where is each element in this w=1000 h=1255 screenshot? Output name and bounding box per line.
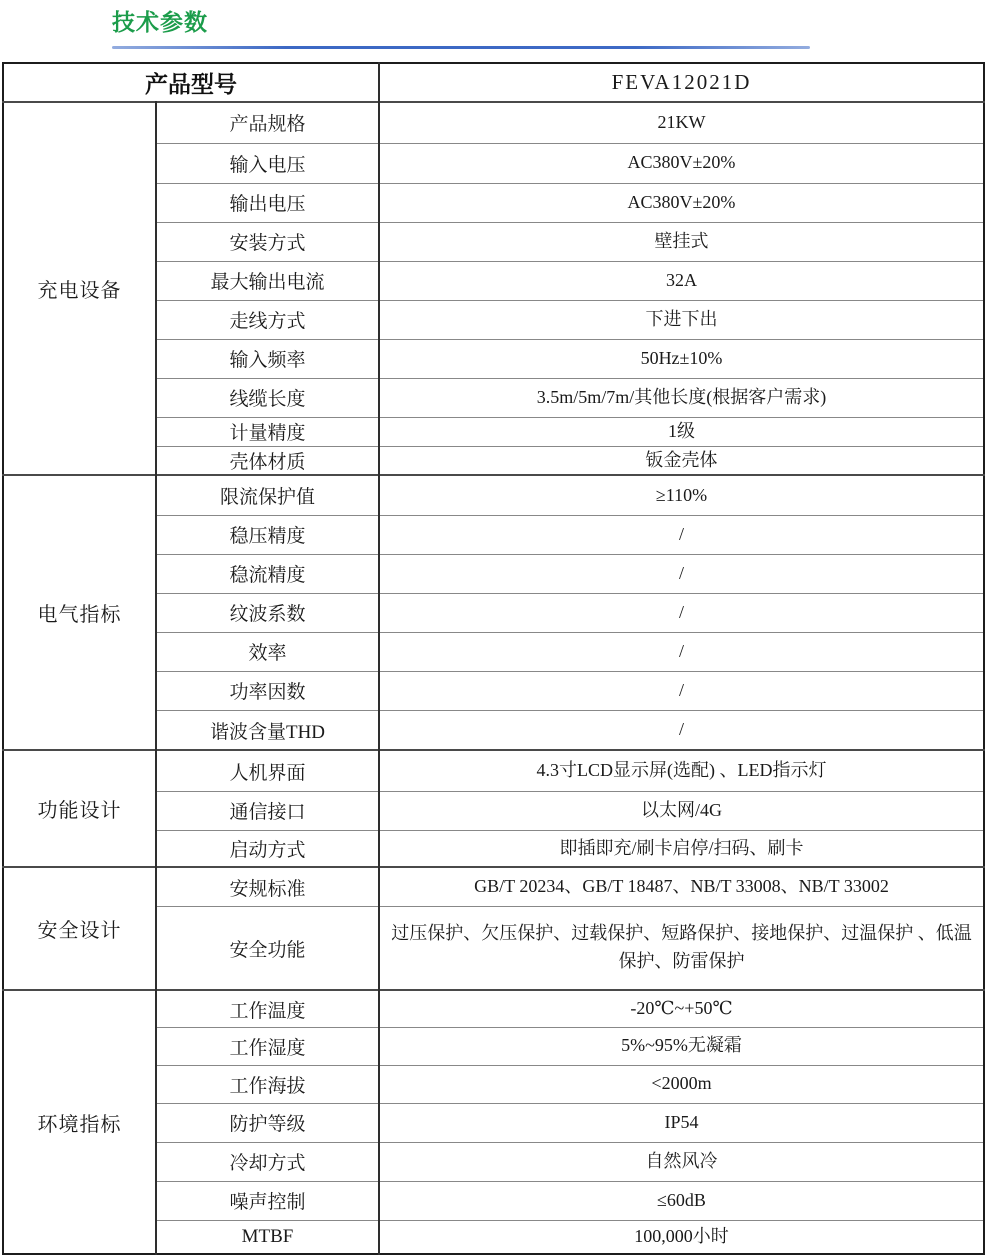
param-value: 自然风冷: [379, 1142, 984, 1181]
param-value: -20℃~+50℃: [379, 990, 984, 1027]
param-label: 稳压精度: [156, 515, 379, 554]
param-label: 工作湿度: [156, 1027, 379, 1065]
param-value: /: [379, 515, 984, 554]
group-cell: 电气指标: [3, 475, 156, 750]
param-value: /: [379, 632, 984, 671]
page-title: 技术参数: [112, 7, 812, 37]
param-value: 过压保护、欠压保护、过载保护、短路保护、接地保护、过温保护 、低温保护、防雷保护: [379, 906, 984, 990]
param-value: 下进下出: [379, 300, 984, 339]
param-value: 32A: [379, 261, 984, 300]
param-value: ≥110%: [379, 475, 984, 515]
spec-table-body: 产品型号 FEVA12021D 充电设备产品规格21KW输入电压AC380V±2…: [3, 63, 984, 1254]
param-label: 输出电压: [156, 183, 379, 222]
product-model-value: FEVA12021D: [379, 63, 984, 102]
param-label: 冷却方式: [156, 1142, 379, 1181]
param-label: 效率: [156, 632, 379, 671]
param-label: 最大输出电流: [156, 261, 379, 300]
param-label: 工作海拔: [156, 1065, 379, 1103]
param-value: 即插即充/刷卡启停/扫码、刷卡: [379, 830, 984, 867]
param-value: 1级: [379, 417, 984, 446]
param-value: 100,000小时: [379, 1220, 984, 1254]
param-label: 纹波系数: [156, 593, 379, 632]
param-label: 防护等级: [156, 1103, 379, 1142]
param-label: 噪声控制: [156, 1181, 379, 1220]
param-value: 50Hz±10%: [379, 339, 984, 378]
param-value: /: [379, 593, 984, 632]
page: 技术参数 产品型号 FEVA12021D 充电设备产品规格21KW输入电压AC3…: [0, 0, 1000, 1255]
header-row: 产品型号 FEVA12021D: [3, 63, 984, 102]
param-label: 壳体材质: [156, 446, 379, 475]
param-value: /: [379, 710, 984, 750]
param-label: 安装方式: [156, 222, 379, 261]
param-value: 4.3寸LCD显示屏(选配) 、LED指示灯: [379, 750, 984, 791]
param-value: 壁挂式: [379, 222, 984, 261]
param-label: 输入频率: [156, 339, 379, 378]
param-value: GB/T 20234、GB/T 18487、NB/T 33008、NB/T 33…: [379, 867, 984, 906]
param-label: 输入电压: [156, 143, 379, 183]
table-row: 电气指标限流保护值≥110%: [3, 475, 984, 515]
group-cell: 充电设备: [3, 102, 156, 475]
table-row: 功能设计人机界面4.3寸LCD显示屏(选配) 、LED指示灯: [3, 750, 984, 791]
param-value: /: [379, 671, 984, 710]
param-value: <2000m: [379, 1065, 984, 1103]
group-cell: 功能设计: [3, 750, 156, 867]
group-cell: 环境指标: [3, 990, 156, 1254]
param-label: MTBF: [156, 1220, 379, 1254]
spec-table: 产品型号 FEVA12021D 充电设备产品规格21KW输入电压AC380V±2…: [2, 62, 985, 1255]
table-row: 充电设备产品规格21KW: [3, 102, 984, 143]
param-label: 线缆长度: [156, 378, 379, 417]
param-value: IP54: [379, 1103, 984, 1142]
param-label: 启动方式: [156, 830, 379, 867]
table-row: 环境指标工作温度-20℃~+50℃: [3, 990, 984, 1027]
param-label: 产品规格: [156, 102, 379, 143]
title-underline: [112, 46, 810, 49]
product-model-label: 产品型号: [3, 63, 379, 102]
param-label: 稳流精度: [156, 554, 379, 593]
param-label: 限流保护值: [156, 475, 379, 515]
param-label: 走线方式: [156, 300, 379, 339]
param-value: 21KW: [379, 102, 984, 143]
param-value: /: [379, 554, 984, 593]
param-label: 人机界面: [156, 750, 379, 791]
param-value: 5%~95%无凝霜: [379, 1027, 984, 1065]
param-value: 3.5m/5m/7m/其他长度(根据客户需求): [379, 378, 984, 417]
param-label: 通信接口: [156, 791, 379, 830]
table-row: 安全设计安规标准GB/T 20234、GB/T 18487、NB/T 33008…: [3, 867, 984, 906]
param-label: 安规标准: [156, 867, 379, 906]
param-value: AC380V±20%: [379, 183, 984, 222]
param-label: 谐波含量THD: [156, 710, 379, 750]
param-value: AC380V±20%: [379, 143, 984, 183]
param-label: 计量精度: [156, 417, 379, 446]
param-value: ≤60dB: [379, 1181, 984, 1220]
param-value: 以太网/4G: [379, 791, 984, 830]
title-block: 技术参数: [112, 0, 812, 49]
param-label: 工作温度: [156, 990, 379, 1027]
param-label: 安全功能: [156, 906, 379, 990]
group-cell: 安全设计: [3, 867, 156, 990]
param-value: 钣金壳体: [379, 446, 984, 475]
param-label: 功率因数: [156, 671, 379, 710]
